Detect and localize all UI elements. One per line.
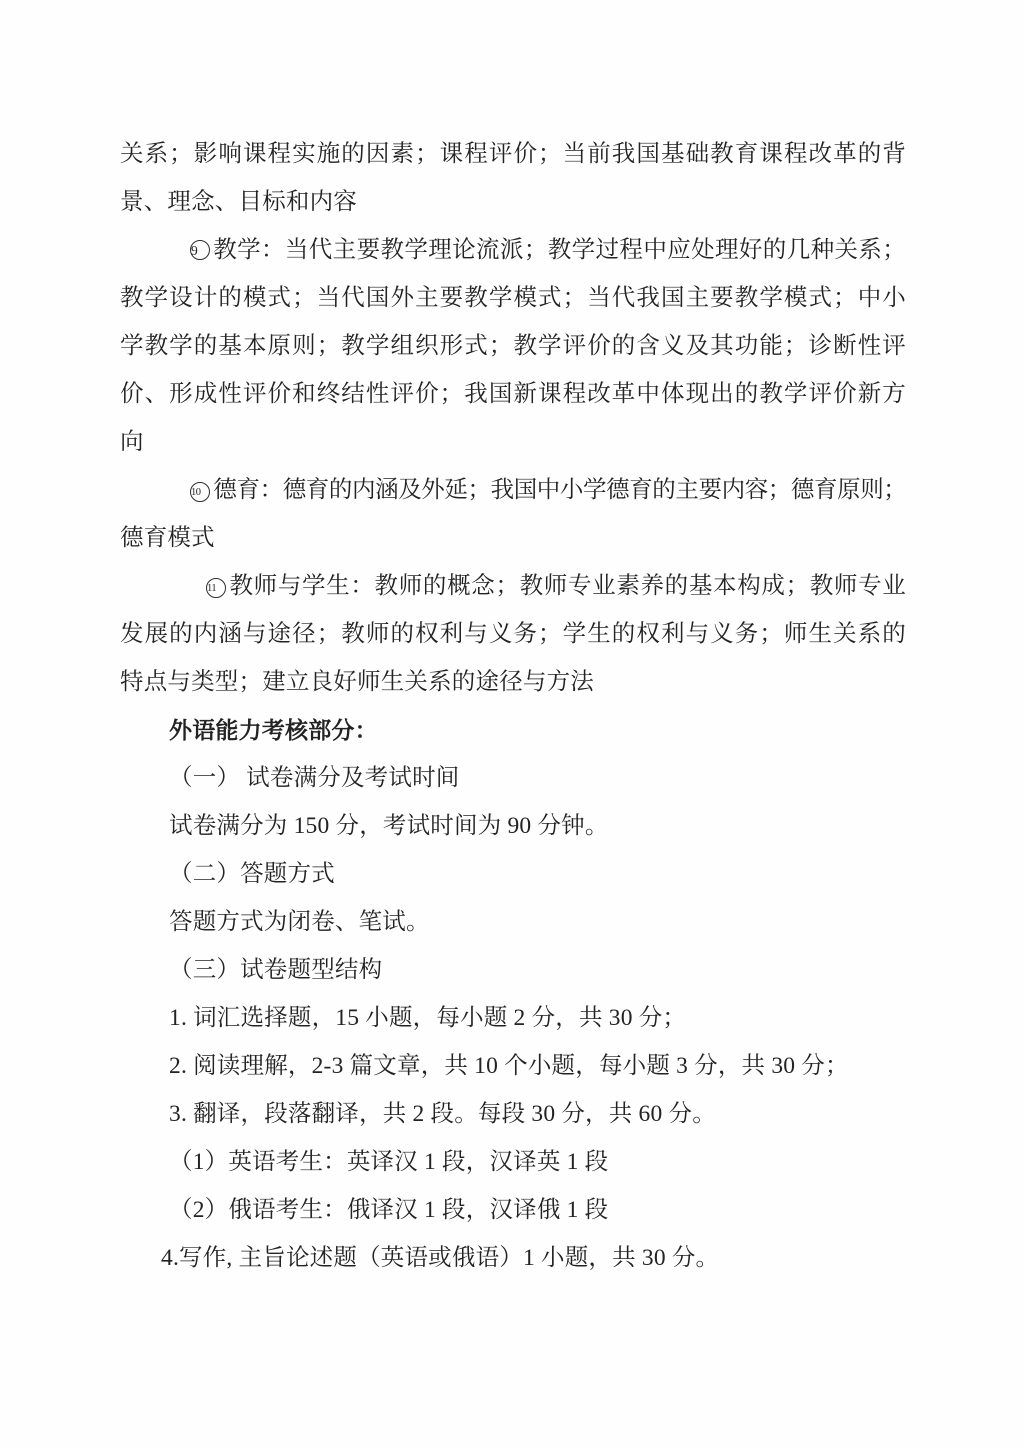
doc-line: 学教学的基本原则；教学组织形式；教学评价的含义及其功能；诊断性评 bbox=[120, 322, 906, 370]
doc-line: 德育模式 bbox=[120, 514, 906, 562]
section-heading-foreign-language: 外语能力考核部分： bbox=[120, 706, 906, 754]
doc-line: 景、理念、目标和内容 bbox=[120, 178, 906, 226]
doc-line-text: 教学：当代主要教学理论流派；教学过程中应处理好的几种关系； bbox=[213, 237, 906, 263]
doc-line: 发展的内涵与途径；教师的权利与义务；学生的权利与义务；师生关系的 bbox=[120, 610, 906, 658]
doc-line: 试卷满分为 150 分，考试时间为 90 分钟。 bbox=[120, 802, 906, 850]
doc-line-sub-1: （1）英语考生：英译汉 1 段，汉译英 1 段 bbox=[120, 1138, 906, 1186]
document-page: 关系；影响课程实施的因素；课程评价；当前我国基础教育课程改革的背 景、理念、目标… bbox=[0, 0, 1024, 1448]
doc-line-question-type-4: 4.写作, 主旨论述题（英语或俄语）1 小题，共 30 分。 bbox=[120, 1234, 906, 1282]
document-body: 关系；影响课程实施的因素；课程评价；当前我国基础教育课程改革的背 景、理念、目标… bbox=[120, 130, 906, 1282]
circled-number-11-icon: 11 bbox=[206, 578, 226, 598]
doc-line-item-11: 11教师与学生：教师的概念；教师专业素养的基本构成；教师专业 bbox=[120, 562, 906, 610]
doc-line-section-3: （三）试卷题型结构 bbox=[120, 946, 906, 994]
doc-line: 向 bbox=[120, 418, 906, 466]
doc-line-question-type-2: 2. 阅读理解，2-3 篇文章，共 10 个小题，每小题 3 分，共 30 分； bbox=[120, 1042, 906, 1090]
doc-line-section-1: （一） 试卷满分及考试时间 bbox=[120, 754, 906, 802]
doc-line: 教学设计的模式；当代国外主要教学模式；当代我国主要教学模式；中小 bbox=[120, 274, 906, 322]
doc-line-text: 教师与学生：教师的概念；教师专业素养的基本构成；教师专业 bbox=[229, 573, 906, 599]
doc-line: 答题方式为闭卷、笔试。 bbox=[120, 898, 906, 946]
doc-line: 特点与类型；建立良好师生关系的途径与方法 bbox=[120, 658, 906, 706]
doc-line-question-type-1: 1. 词汇选择题，15 小题，每小题 2 分，共 30 分； bbox=[120, 994, 906, 1042]
doc-line: 关系；影响课程实施的因素；课程评价；当前我国基础教育课程改革的背 bbox=[120, 130, 906, 178]
circled-number-9-icon: 9 bbox=[190, 240, 210, 260]
doc-line: 价、形成性评价和终结性评价；我国新课程改革中体现出的教学评价新方 bbox=[120, 370, 906, 418]
doc-line-section-2: （二）答题方式 bbox=[120, 850, 906, 898]
doc-line-sub-2: （2）俄语考生：俄译汉 1 段，汉译俄 1 段 bbox=[120, 1186, 906, 1234]
doc-line-text: 德育：德育的内涵及外延；我国中小学德育的主要内容；德育原则； bbox=[213, 477, 906, 503]
circled-number-10-icon: 10 bbox=[190, 482, 210, 502]
doc-line-item-10: 10德育：德育的内涵及外延；我国中小学德育的主要内容；德育原则； bbox=[120, 466, 906, 514]
doc-line-item-9: 9教学：当代主要教学理论流派；教学过程中应处理好的几种关系； bbox=[120, 226, 906, 274]
doc-line-question-type-3: 3. 翻译，段落翻译，共 2 段。每段 30 分，共 60 分。 bbox=[120, 1090, 906, 1138]
